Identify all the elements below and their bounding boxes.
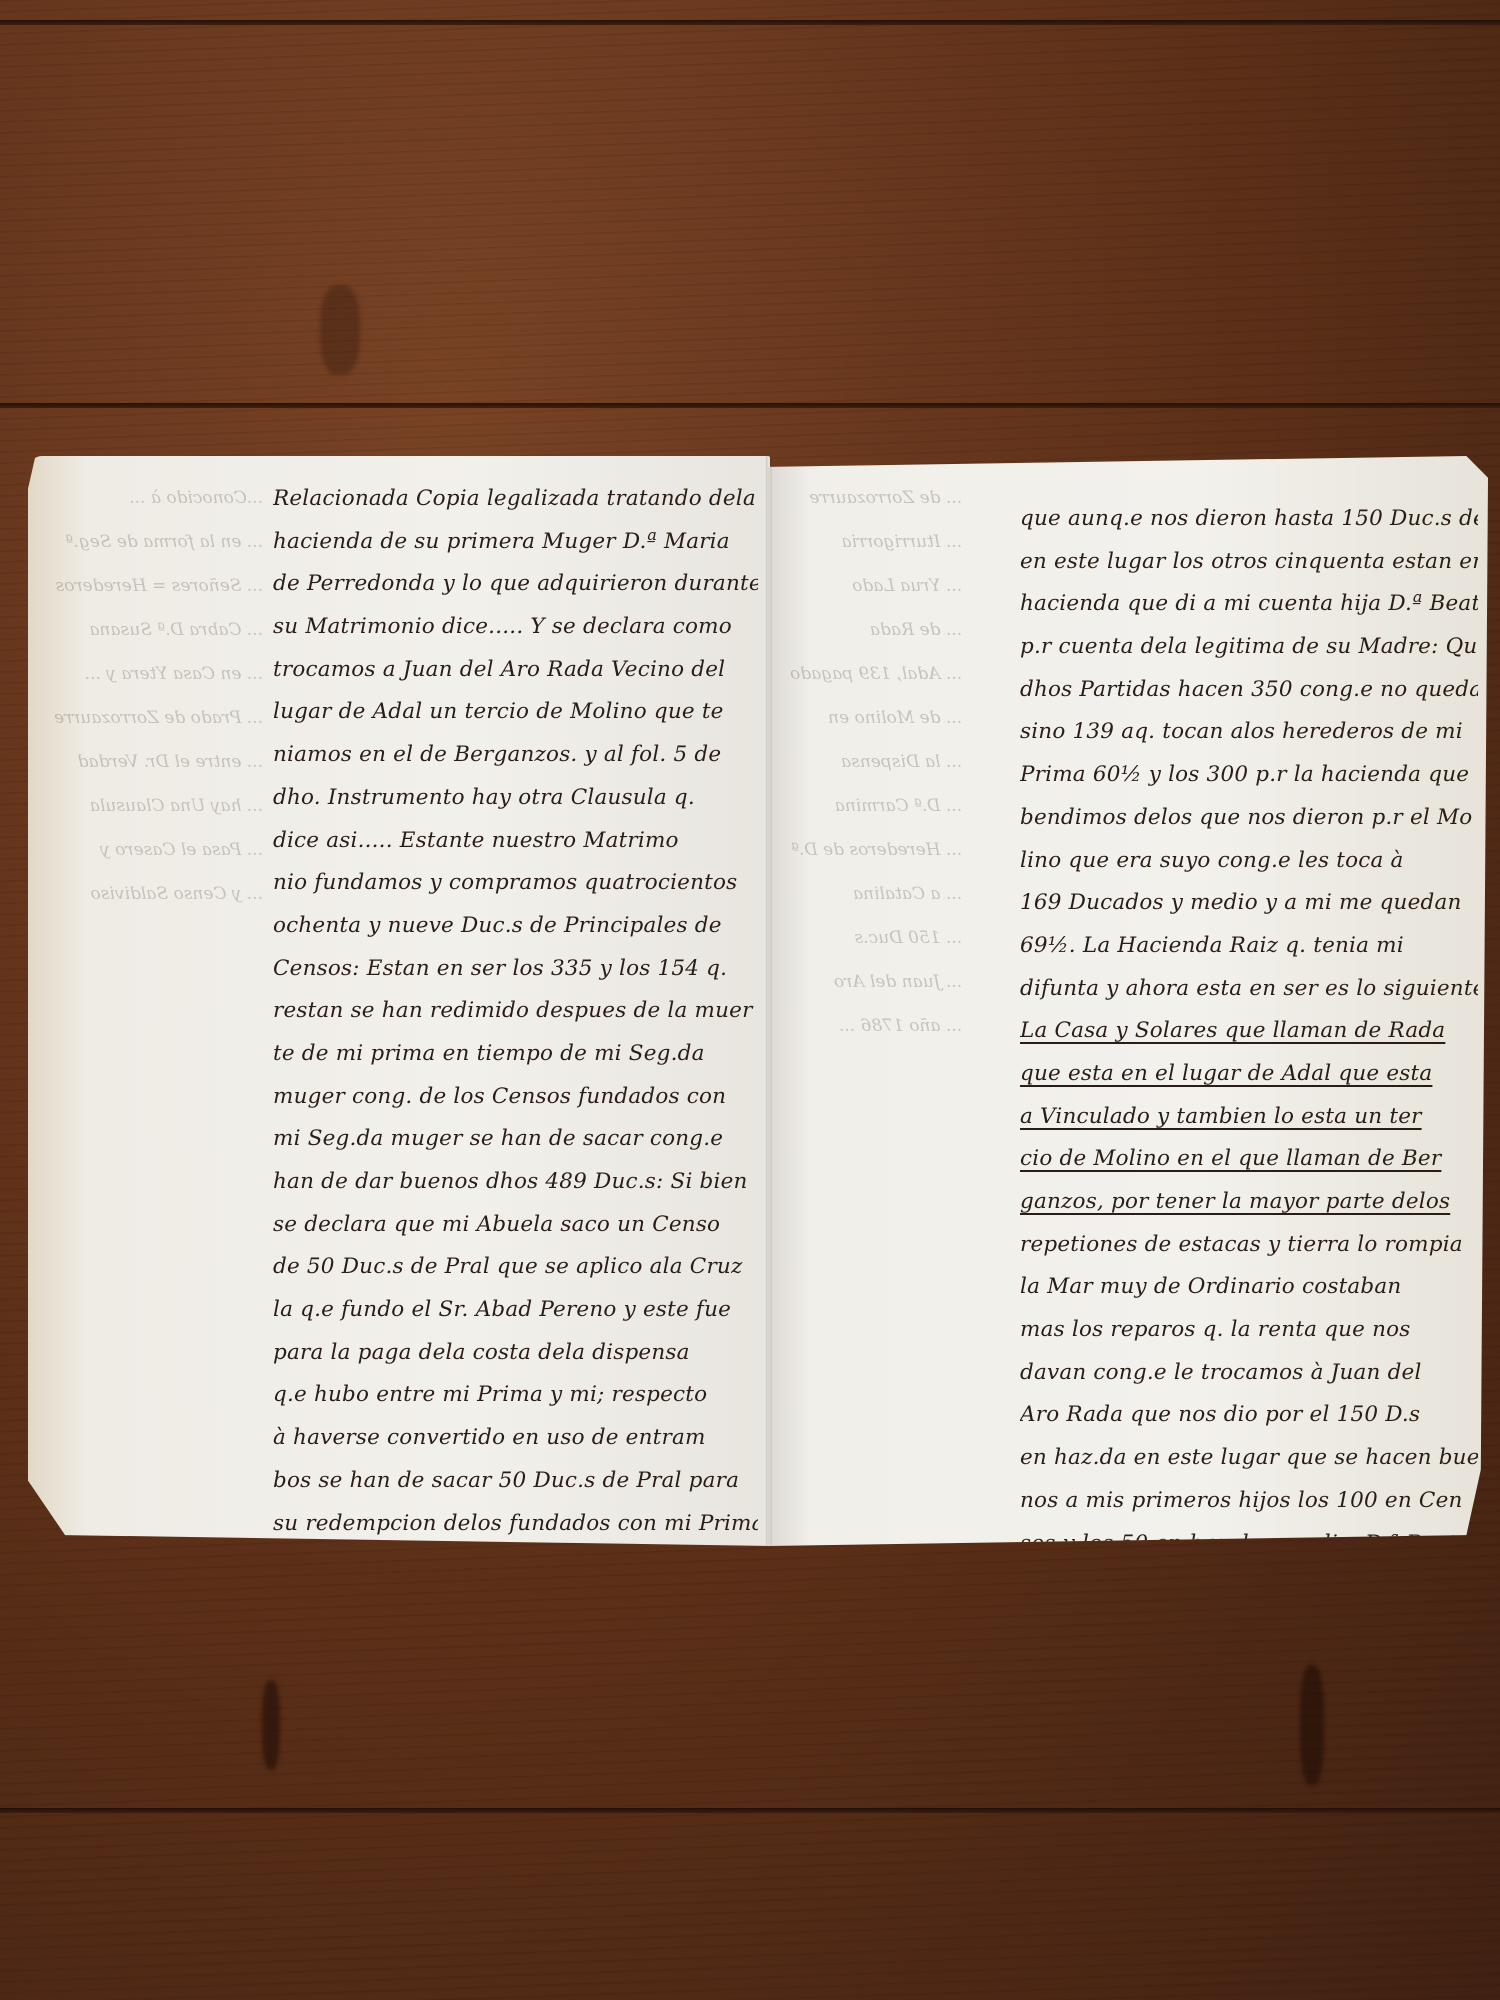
manuscript-line: tercio de Molino un quarto de Molino bbox=[1020, 1651, 1478, 1694]
manuscript-line-text: para la paga dela costa dela dispensa bbox=[273, 1340, 690, 1365]
bleed-through-line: ... entre el Dr. Verdad bbox=[54, 740, 263, 784]
manuscript-line: a Vinculado y tambien lo esta un ter bbox=[1020, 1096, 1478, 1139]
manuscript-line-text: la Mar muy de Ordinario costaban bbox=[1020, 1274, 1401, 1299]
manuscript-line: dice asi..... Estante nuestro Matrimo bbox=[273, 820, 758, 863]
center-fold bbox=[766, 456, 772, 1546]
bleed-through-line: ... a Catalina bbox=[790, 872, 962, 916]
bleed-through-line: ...Conocido à ... bbox=[54, 476, 263, 520]
manuscript-line: repetiones de estacas y tierra lo rompia bbox=[1020, 1224, 1478, 1267]
bleed-through-line: ... hay Una Clausula bbox=[54, 784, 263, 828]
manuscript-line: hacienda que di a mi cuenta hija D.ª Bea… bbox=[1020, 583, 1478, 626]
manuscript-line-text: lino que era suyo cong.e les toca à bbox=[1020, 848, 1404, 873]
bleed-through-line: ... Iturrigorria bbox=[790, 520, 962, 564]
bleed-through-line: ... Yrua Lado bbox=[790, 564, 962, 608]
manuscript-line: Aro Rada que nos dio por el 150 D.s bbox=[1020, 1394, 1478, 1437]
bleed-through-line: ... Juan del Aro bbox=[790, 960, 962, 1004]
right-page: ... de Zorrozaurre... Iturrigorria... Yr… bbox=[768, 456, 1488, 1546]
manuscript-line: bos se han de sacar 50 Duc.s de Pral par… bbox=[273, 1460, 758, 1503]
bleed-through-line: ... de Molino en bbox=[790, 696, 962, 740]
manuscript-line: niamos en el de Berganzos. y al fol. 5 d… bbox=[273, 734, 758, 777]
manuscript-line-text: 169 Ducados y medio y a mi me quedan bbox=[1020, 890, 1462, 915]
bleed-through-line: ... en Casa Ytera y ... bbox=[54, 652, 263, 696]
manuscript-line-text: en haz.da en este lugar que se hacen bue bbox=[1020, 1445, 1478, 1470]
manuscript-line: nos a mis primeros hijos los 100 en Cen bbox=[1020, 1480, 1478, 1523]
manuscript-line: Prima 60½ y los 300 p.r la hacienda que bbox=[1020, 754, 1478, 797]
manuscript-line: davan cong.e le trocamos à Juan del bbox=[1020, 1352, 1478, 1395]
manuscript-line: cio de Molino en el que llaman de Ber bbox=[1020, 1138, 1478, 1181]
manuscript-line-text: p.r cuenta dela legitima de su Madre: Qu… bbox=[1020, 634, 1478, 659]
manuscript-line: p.r cuenta dela legitima de su Madre: Qu… bbox=[1020, 626, 1478, 669]
bleed-through-line: ... Herederos de D.ª bbox=[790, 828, 962, 872]
manuscript-line-text: en el de Villarg.e era de mi Prima. Ya l bbox=[1020, 1701, 1448, 1726]
manuscript-line-text: en este lugar los otros cinquenta estan … bbox=[1020, 549, 1478, 574]
table-plank-groove bbox=[0, 1808, 1500, 1813]
manuscript-line: dhos Partidas hacen 350 cong.e no quedan bbox=[1020, 669, 1478, 712]
manuscript-line-text: bendimos delos que nos dieron p.r el Mo bbox=[1020, 805, 1472, 830]
manuscript-line: que aunq.e nos dieron hasta 150 Duc.s de… bbox=[1020, 498, 1478, 541]
manuscript-line: de 50 Duc.s de Pral que se aplico ala Cr… bbox=[273, 1246, 758, 1289]
manuscript-line: lino que era suyo cong.e les toca à bbox=[1020, 840, 1478, 883]
manuscript-line: mi Seg.da muger se han de sacar cong.e bbox=[273, 1118, 758, 1161]
bleed-through-line: ... Señores = Herederos bbox=[54, 564, 263, 608]
manuscript-line-text: bos se han de sacar 50 Duc.s de Pral par… bbox=[273, 1468, 739, 1493]
manuscript-line: Censos: Estan en ser los 335 y los 154 q… bbox=[273, 948, 758, 991]
manuscript-line-text: hacienda que di a mi cuenta hija D.ª Bea… bbox=[1020, 591, 1478, 616]
left-page-text: Relacionada Copia legalizada tratando de… bbox=[273, 478, 758, 1673]
manuscript-line: la Mar muy de Ordinario costaban bbox=[1020, 1266, 1478, 1309]
bleed-through-line: ... Prado de Zorrozaurre bbox=[54, 696, 263, 740]
bleed-through-line: ... año 1786 ... bbox=[790, 1004, 962, 1048]
manuscript-line-text: q.e hubo entre mi Prima y mi; respecto bbox=[273, 1382, 707, 1407]
manuscript-line: p.r cuenta dela legitima de su Madre. bbox=[1020, 1565, 1478, 1608]
manuscript-line: su redempcion delos fundados con mi Prim… bbox=[273, 1503, 758, 1546]
bleed-through-line: ... Cabra D.ª Susana bbox=[54, 608, 263, 652]
manuscript-line: ochenta y nueve Duc.s de Principales de bbox=[273, 905, 758, 948]
manuscript-line: q.e hubo entre mi Prima y mi; respecto bbox=[273, 1374, 758, 1417]
bleed-through-line: ... la Dispensa bbox=[790, 740, 962, 784]
manuscript-line: que esta en el lugar de Adal que esta bbox=[1020, 1053, 1478, 1096]
manuscript-bifolio: ...Conocido à ...... en la forma de Seg.… bbox=[28, 456, 1488, 1546]
manuscript-line: la q.e fundo el Sr. Abad Pereno y este f… bbox=[273, 1289, 758, 1332]
left-margin-bleed-through: ...Conocido à ...... en la forma de Seg.… bbox=[54, 476, 263, 916]
manuscript-line: Agrego a dho Vinculo en lugar de dho bbox=[1020, 1608, 1478, 1651]
manuscript-line-text: muger cong. de los Censos fundados con bbox=[273, 1084, 726, 1109]
manuscript-line: dho. Instrumento hay otra Clausula q. bbox=[273, 777, 758, 820]
manuscript-line-text: de Perredonda y lo que adquirieron duran… bbox=[273, 571, 758, 596]
manuscript-line-text: à haverse convertido en uso de entram bbox=[273, 1425, 706, 1450]
left-page: ...Conocido à ...... en la forma de Seg.… bbox=[28, 456, 770, 1546]
manuscript-line-text: repetiones de estacas y tierra lo rompia bbox=[1020, 1232, 1463, 1257]
manuscript-line-text: Prima 60½ y los 300 p.r la hacienda que bbox=[1020, 762, 1469, 787]
manuscript-line: restan se han redimido despues de la mue… bbox=[273, 990, 758, 1033]
bleed-through-line: ... Adal, 139 pagado bbox=[790, 652, 962, 696]
manuscript-line-text: que aunq.e nos dieron hasta 150 Duc.s de… bbox=[1020, 506, 1478, 531]
manuscript-line-text: su redempcion delos fundados con mi Prim… bbox=[273, 1511, 758, 1536]
manuscript-line: 169 Ducados y medio y a mi me quedan bbox=[1020, 882, 1478, 925]
manuscript-line-text: Censos: Estan en ser los 335 y los 154 q… bbox=[273, 956, 727, 981]
manuscript-line-text: y mas 200 para el Aniversario q. ella y bbox=[273, 1553, 700, 1578]
manuscript-line: yo fundamos, y ciento p.r la tercera par… bbox=[273, 1588, 758, 1631]
manuscript-line-text: que esta en el lugar de Adal que esta bbox=[1020, 1061, 1432, 1086]
manuscript-line: Relacionada Copia legalizada tratando de… bbox=[273, 478, 758, 521]
manuscript-line-text: difunta y ahora esta en ser es lo siguie… bbox=[1020, 976, 1478, 1001]
bleed-through-line: ... 150 Duc.s bbox=[790, 916, 962, 960]
manuscript-line: La Casa y Solares que llaman de Rada bbox=[1020, 1010, 1478, 1053]
manuscript-line-text: se declara que mi Abuela saco un Censo bbox=[273, 1212, 720, 1237]
manuscript-line-text: sos y los 50 en haz.da que di a D.ª Beat… bbox=[1020, 1531, 1478, 1556]
manuscript-line: y mas 200 para el Aniversario q. ella y bbox=[273, 1545, 758, 1588]
manuscript-line: bendimos delos que nos dieron p.r el Mo bbox=[1020, 797, 1478, 840]
table-plank-groove bbox=[0, 20, 1500, 25]
manuscript-line: de Perredonda y lo que adquirieron duran… bbox=[273, 563, 758, 606]
manuscript-line-text: la q.e fundo el Sr. Abad Pereno y este f… bbox=[273, 1297, 731, 1322]
manuscript-line-text: Relacionada Copia legalizada tratando de… bbox=[273, 486, 756, 511]
manuscript-line: difunta y ahora esta en ser es lo siguie… bbox=[1020, 968, 1478, 1011]
manuscript-line-text: Aro Rada que nos dio por el 150 D.s bbox=[1020, 1402, 1420, 1427]
wood-knot bbox=[1300, 1665, 1324, 1785]
table-plank-groove bbox=[0, 403, 1500, 408]
right-page-text: que aunq.e nos dieron hasta 150 Duc.s de… bbox=[1020, 498, 1478, 1736]
manuscript-line: 69½. La Hacienda Raiz q. tenia mi bbox=[1020, 925, 1478, 968]
manuscript-line: en haz.da en este lugar que se hacen bue bbox=[1020, 1437, 1478, 1480]
manuscript-line-text: su Matrimonio dice..... Y se declara com… bbox=[273, 614, 732, 639]
manuscript-line-text: ganzos, por tener la mayor parte delos bbox=[1020, 1189, 1450, 1214]
manuscript-line: en el de Villarg.e era de mi Prima. Ya l bbox=[1020, 1693, 1478, 1736]
manuscript-line-text: hacienda de su primera Muger D.ª Maria bbox=[273, 529, 730, 554]
manuscript-line-text: nio fundamos y compramos quatrocientos bbox=[273, 870, 737, 895]
manuscript-line-text: restan se han redimido despues de la mue… bbox=[273, 998, 753, 1023]
manuscript-line: ganzos, por tener la mayor parte delos bbox=[1020, 1181, 1478, 1224]
manuscript-line-text: niamos en el de Berganzos. y al fol. 5 d… bbox=[273, 742, 721, 767]
right-inner-bleed-through: ... de Zorrozaurre... Iturrigorria... Yr… bbox=[790, 476, 962, 1048]
manuscript-line-text: Agrego a dho Vinculo en lugar de dho bbox=[1020, 1616, 1440, 1641]
manuscript-line-text: Molino q. trocamos a Juan del Aro bbox=[273, 1639, 652, 1664]
manuscript-line: mas los reparos q. la renta que nos bbox=[1020, 1309, 1478, 1352]
manuscript-line-text: dhos Partidas hacen 350 cong.e no quedan bbox=[1020, 677, 1478, 702]
manuscript-line-text: tercio de Molino un quarto de Molino bbox=[1020, 1659, 1436, 1684]
manuscript-line: sos y los 50 en haz.da que di a D.ª Beat… bbox=[1020, 1523, 1478, 1566]
manuscript-line-text: davan cong.e le trocamos à Juan del bbox=[1020, 1360, 1422, 1385]
manuscript-line-text: La Casa y Solares que llaman de Rada bbox=[1020, 1018, 1445, 1043]
bleed-through-line: ... en la forma de Seg.ª bbox=[54, 520, 263, 564]
manuscript-line: Molino q. trocamos a Juan del Aro bbox=[273, 1631, 758, 1674]
manuscript-line: se declara que mi Abuela saco un Censo bbox=[273, 1204, 758, 1247]
manuscript-line-text: han de dar buenos dhos 489 Duc.s: Si bie… bbox=[273, 1169, 748, 1194]
manuscript-line: te de mi prima en tiempo de mi Seg.da bbox=[273, 1033, 758, 1076]
manuscript-line-text: mi Seg.da muger se han de sacar cong.e bbox=[273, 1126, 723, 1151]
manuscript-line-text: a Vinculado y tambien lo esta un ter bbox=[1020, 1104, 1422, 1129]
manuscript-line: muger cong. de los Censos fundados con bbox=[273, 1076, 758, 1119]
manuscript-line-text: 69½. La Hacienda Raiz q. tenia mi bbox=[1020, 933, 1404, 958]
manuscript-line: nio fundamos y compramos quatrocientos bbox=[273, 862, 758, 905]
manuscript-line-text: sino 139 aq. tocan alos herederos de mi bbox=[1020, 719, 1463, 744]
manuscript-line: en este lugar los otros cinquenta estan … bbox=[1020, 541, 1478, 584]
manuscript-line: su Matrimonio dice..... Y se declara com… bbox=[273, 606, 758, 649]
manuscript-line: sino 139 aq. tocan alos herederos de mi bbox=[1020, 711, 1478, 754]
manuscript-line: lugar de Adal un tercio de Molino que te bbox=[273, 691, 758, 734]
manuscript-line-text: mas los reparos q. la renta que nos bbox=[1020, 1317, 1411, 1342]
manuscript-line: hacienda de su primera Muger D.ª Maria bbox=[273, 521, 758, 564]
manuscript-line-text: nos a mis primeros hijos los 100 en Cen bbox=[1020, 1488, 1463, 1513]
wood-knot bbox=[262, 1680, 280, 1770]
bleed-through-line: ... D.ª Carmina bbox=[790, 784, 962, 828]
bleed-through-line: ... de Zorrozaurre bbox=[790, 476, 962, 520]
bleed-through-line: ... de Rada bbox=[790, 608, 962, 652]
wood-knot bbox=[320, 285, 360, 375]
manuscript-line-text: de 50 Duc.s de Pral que se aplico ala Cr… bbox=[273, 1254, 743, 1279]
manuscript-line: han de dar buenos dhos 489 Duc.s: Si bie… bbox=[273, 1161, 758, 1204]
manuscript-line: para la paga dela costa dela dispensa bbox=[273, 1332, 758, 1375]
manuscript-line-text: ochenta y nueve Duc.s de Principales de bbox=[273, 913, 722, 938]
manuscript-line-text: dho. Instrumento hay otra Clausula q. bbox=[273, 785, 695, 810]
manuscript-line-text: dice asi..... Estante nuestro Matrimo bbox=[273, 828, 679, 853]
manuscript-line-text: te de mi prima en tiempo de mi Seg.da bbox=[273, 1041, 705, 1066]
manuscript-line-text: cio de Molino en el que llaman de Ber bbox=[1020, 1146, 1441, 1171]
manuscript-line-text: p.r cuenta dela legitima de su Madre. bbox=[1020, 1573, 1438, 1598]
manuscript-line: à haverse convertido en uso de entram bbox=[273, 1417, 758, 1460]
manuscript-line-text: trocamos a Juan del Aro Rada Vecino del bbox=[273, 657, 725, 682]
manuscript-line: trocamos a Juan del Aro Rada Vecino del bbox=[273, 649, 758, 692]
bleed-through-line: ... y Censo Saldiviso bbox=[54, 872, 263, 916]
manuscript-line-text: yo fundamos, y ciento p.r la tercera par… bbox=[273, 1596, 758, 1621]
bleed-through-line: ... Pasa el Casero y bbox=[54, 828, 263, 872]
manuscript-line-text: lugar de Adal un tercio de Molino que te bbox=[273, 699, 724, 724]
